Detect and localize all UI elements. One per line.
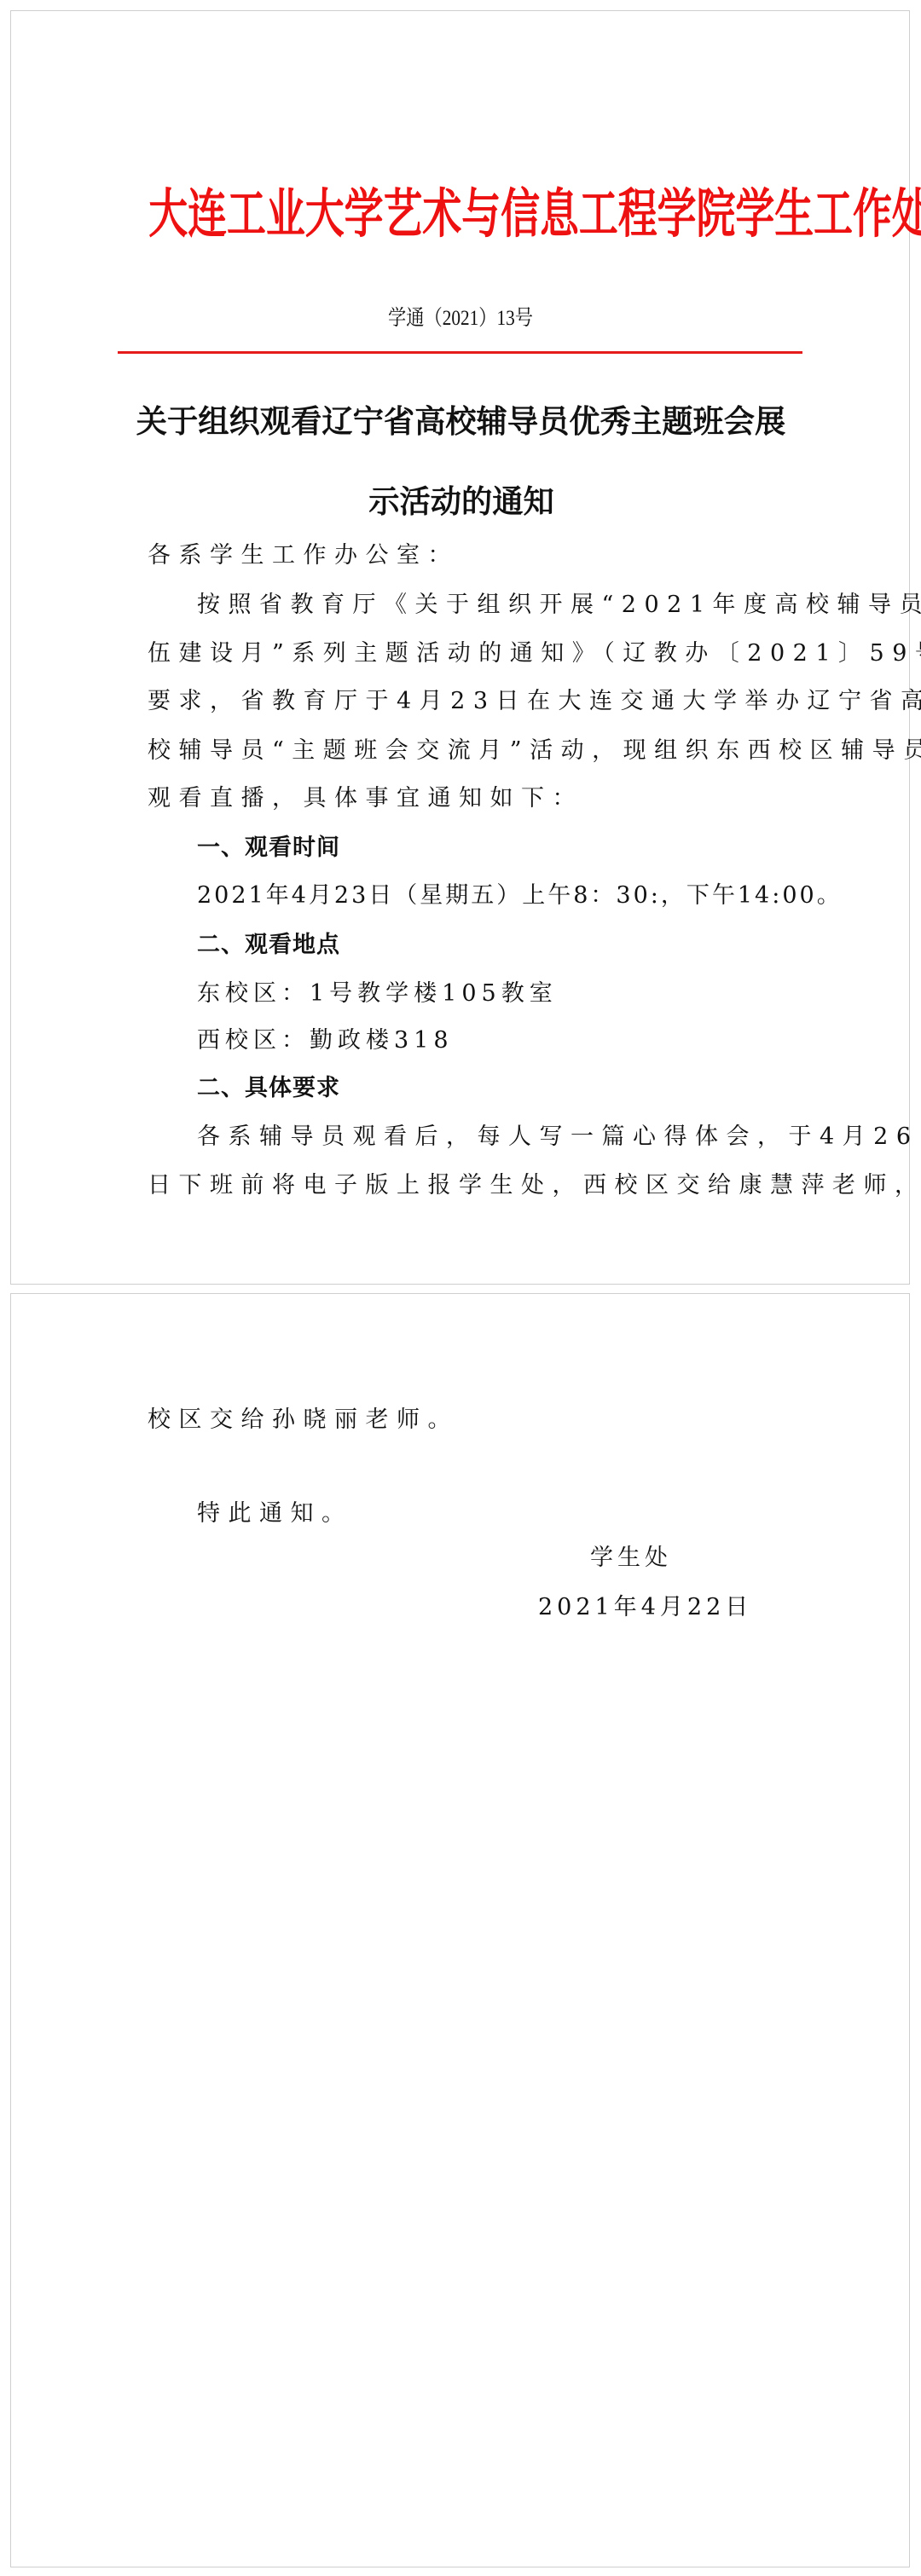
requirements-continuation: 校区交给孙晓丽老师。 xyxy=(148,1406,459,1435)
section-heading-location: 二、观看地点 xyxy=(197,931,340,960)
section-heading-requirements: 二、具体要求 xyxy=(197,1074,340,1103)
section-heading-time: 一、观看时间 xyxy=(197,834,340,863)
document-page-2: 校区交给孙晓丽老师。 特此通知。 学生处 2021年4月22日 xyxy=(10,1293,910,2567)
intro-paragraph-line: 观看直播，具体事宜通知如下： xyxy=(148,784,583,813)
letterhead-title: 大连工业大学艺术与信息工程学院学生工作处 xyxy=(11,176,911,252)
intro-paragraph-line: 校辅导员“主题班会交流月”活动，现组织东西校区辅导员 xyxy=(148,736,921,765)
requirements-paragraph-line: 日下班前将电子版上报学生处，西校区交给康慧萍老师，东 xyxy=(148,1171,921,1200)
red-divider-line xyxy=(118,351,802,354)
salutation: 各系学生工作办公室： xyxy=(148,541,459,570)
subject-title-line-2: 示活动的通知 xyxy=(11,482,911,520)
west-campus-location: 西校区：勤政楼318 xyxy=(197,1026,454,1055)
signature-date: 2021年4月22日 xyxy=(538,1593,752,1622)
subject-title-line-1: 关于组织观看辽宁省高校辅导员优秀主题班会展 xyxy=(11,402,911,440)
intro-paragraph-line: 伍建设月”系列主题活动的通知》（辽教办〔2021〕59号） xyxy=(148,639,921,668)
document-page-1: 大连工业大学艺术与信息工程学院学生工作处 学通（2021）13号 关于组织观看辽… xyxy=(10,10,910,1285)
viewing-time-text: 2021年4月23日（星期五）上午8：30:，下午14:00。 xyxy=(197,881,843,910)
document-number: 学通（2021）13号 xyxy=(11,306,911,332)
closing-statement: 特此通知。 xyxy=(197,1499,353,1528)
intro-paragraph-line: 要求，省教育厅于4月23日在大连交通大学举办辽宁省高 xyxy=(148,687,921,716)
requirements-paragraph-line: 各系辅导员观看后，每人写一篇心得体会，于4月26 xyxy=(197,1123,919,1152)
intro-paragraph-line: 按照省教育厅《关于组织开展“2021年度高校辅导员队 xyxy=(197,591,921,620)
signature-office: 学生处 xyxy=(590,1544,672,1573)
east-campus-location: 东校区：1号教学楼105教室 xyxy=(197,979,558,1008)
